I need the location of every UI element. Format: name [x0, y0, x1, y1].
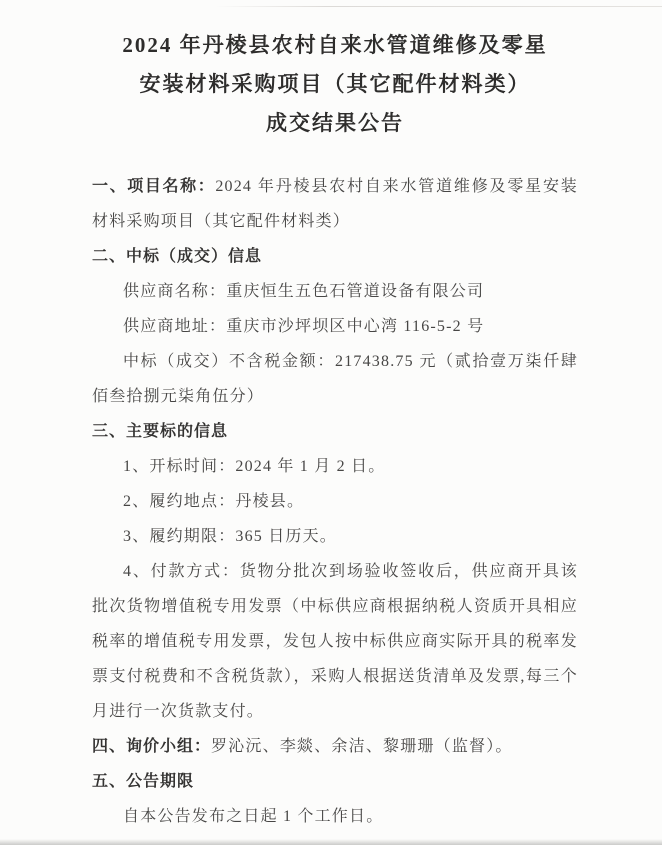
supplier-name-line: 供应商名称：重庆恒生五色石管道设备有限公司	[92, 274, 578, 309]
document-content: 2024 年丹棱县农村自来水管道维修及零星 安装材料采购项目（其它配件材料类） …	[0, 0, 662, 834]
section-3-heading: 三、主要标的信息	[92, 414, 578, 449]
scan-artifact-top-line	[215, 6, 662, 7]
section-2-heading: 二、中标（成交）信息	[92, 239, 578, 274]
payment-method-paragraph: 4、付款方式：货物分批次到场验收签收后，供应商开具该批次货物增值税专用发票（中标…	[92, 554, 578, 729]
performance-place-line: 2、履约地点：丹棱县。	[92, 484, 578, 519]
performance-period-line: 3、履约期限：365 日历天。	[92, 519, 578, 554]
section-1-label: 一、项目名称：	[92, 178, 215, 195]
supplier-address-line: 供应商地址：重庆市沙坪坝区中心湾 116-5-2 号	[92, 309, 578, 344]
inquiry-team-members: 罗沁沅、李燚、余洁、黎珊珊（监督）。	[211, 738, 513, 755]
section-1-paragraph: 一、项目名称：2024 年丹棱县农村自来水管道维修及零星安装材料采购项目（其它配…	[92, 169, 578, 239]
scanned-document-page: 2024 年丹棱县农村自来水管道维修及零星 安装材料采购项目（其它配件材料类） …	[0, 0, 662, 845]
document-title-line-2: 安装材料采购项目（其它配件材料类）	[92, 65, 578, 104]
announcement-period-line: 自本公告发布之日起 1 个工作日。	[92, 799, 578, 834]
document-title-line-1: 2024 年丹棱县农村自来水管道维修及零星	[92, 26, 578, 65]
section-4-label: 四、询价小组：	[92, 738, 211, 755]
bid-opening-time-line: 1、开标时间：2024 年 1 月 2 日。	[92, 449, 578, 484]
section-5-heading: 五、公告期限	[92, 764, 578, 799]
section-4-paragraph: 四、询价小组：罗沁沅、李燚、余洁、黎珊珊（监督）。	[92, 729, 578, 764]
scan-artifact-bottom-edge	[0, 839, 662, 845]
award-amount-line: 中标（成交）不含税金额：217438.75 元（贰拾壹万柒仟肆佰叁拾捌元柒角伍分…	[92, 344, 578, 414]
document-title-line-3: 成交结果公告	[92, 104, 578, 143]
document-body: 一、项目名称：2024 年丹棱县农村自来水管道维修及零星安装材料采购项目（其它配…	[92, 169, 578, 834]
document-title: 2024 年丹棱县农村自来水管道维修及零星 安装材料采购项目（其它配件材料类） …	[92, 26, 578, 143]
